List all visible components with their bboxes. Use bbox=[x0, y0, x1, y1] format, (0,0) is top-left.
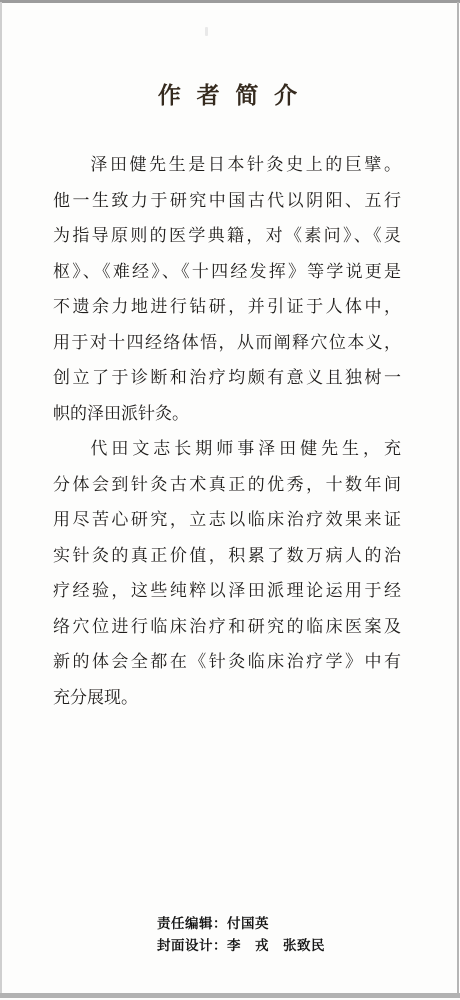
body-line: 为指导原则的医学典籍，对《素问》、《灵 bbox=[53, 218, 401, 254]
page-edge-right bbox=[457, 2, 459, 996]
credit-cover-design-value: 李 戎 张致民 bbox=[227, 938, 325, 953]
body-line: 络穴位进行临床治疗和研究的临床医案及 bbox=[53, 609, 401, 645]
page-edge-bottom bbox=[0, 993, 460, 998]
body-line: 充分展现。 bbox=[53, 680, 401, 716]
body-line: 实针灸的真正价值，积累了数万病人的治 bbox=[53, 538, 401, 574]
page-edge-top bbox=[0, 0, 460, 3]
credit-editor-value: 付国英 bbox=[227, 916, 269, 931]
paragraph-1: 泽田健先生是日本针灸史上的巨擘。 他一生致力于研究中国古代以阴阳、五行 为指导原… bbox=[53, 147, 401, 431]
scan-artifact-mark bbox=[205, 27, 208, 36]
body-line: 疗经验，这些纯粹以泽田派理论运用于经 bbox=[53, 573, 401, 609]
body-line: 枢》、《难经》、《十四经发挥》等学说更是 bbox=[53, 254, 401, 290]
body-line: 新的体会全都在《针灸临床治疗学》中有 bbox=[53, 644, 401, 680]
credit-cover-design-label: 封面设计： bbox=[157, 938, 227, 953]
body-line: 代田文志长期师事泽田健先生，充 bbox=[53, 431, 401, 467]
body-line: 创立了于诊断和治疗均颇有意义且独树一 bbox=[53, 360, 401, 396]
credits-block: 责任编辑：付国英 封面设计：李 戎 张致民 bbox=[157, 913, 325, 956]
credit-cover-design: 封面设计：李 戎 张致民 bbox=[157, 935, 325, 957]
credit-editor-label: 责任编辑： bbox=[157, 916, 227, 931]
body-line: 泽田健先生是日本针灸史上的巨擘。 bbox=[53, 147, 401, 183]
body-line: 分体会到针灸古术真正的优秀，十数年间 bbox=[53, 467, 401, 503]
credit-editor: 责任编辑：付国英 bbox=[157, 913, 325, 935]
body-line: 帜的泽田派针灸。 bbox=[53, 396, 401, 432]
body-line: 他一生致力于研究中国古代以阴阳、五行 bbox=[53, 183, 401, 219]
page-edge-left bbox=[0, 2, 2, 996]
paragraph-2: 代田文志长期师事泽田健先生，充 分体会到针灸古术真正的优秀，十数年间 用尽苦心研… bbox=[53, 431, 401, 715]
body-line: 不遗余力地进行钻研，并引证于人体中， bbox=[53, 289, 401, 325]
page-title: 作 者 简 介 bbox=[0, 84, 460, 108]
author-introduction-text: 泽田健先生是日本针灸史上的巨擘。 他一生致力于研究中国古代以阴阳、五行 为指导原… bbox=[53, 147, 401, 715]
book-author-intro-page: 作 者 简 介 泽田健先生是日本针灸史上的巨擘。 他一生致力于研究中国古代以阴阳… bbox=[0, 0, 460, 1000]
body-line: 用尽苦心研究，立志以临床治疗效果来证 bbox=[53, 502, 401, 538]
body-line: 用于对十四经络体悟，从而阐释穴位本义， bbox=[53, 325, 401, 361]
